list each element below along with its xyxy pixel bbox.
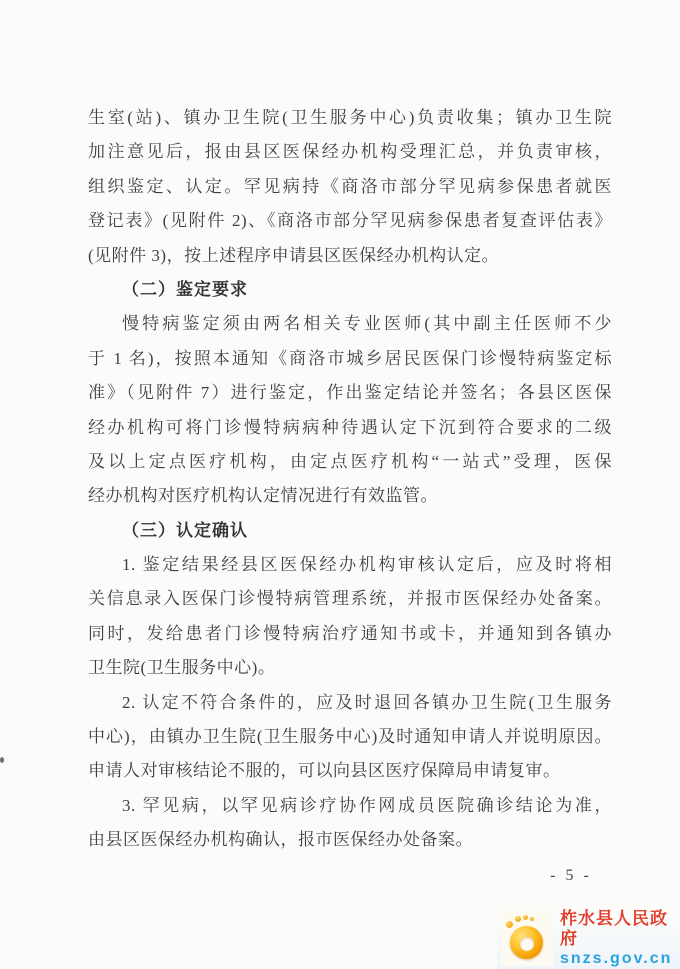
text-line: 中心)，由镇办卫生院(卫生服务中心)及时通知申请人并说明原因。 xyxy=(88,720,612,754)
footprint-toe-dot xyxy=(506,921,513,928)
scan-speck xyxy=(0,757,4,763)
government-site-url: snzs.gov.cn xyxy=(560,949,680,968)
text-line: 慢特病鉴定须由两名相关专业医师(其中副主任医师不少 xyxy=(88,307,612,341)
footprint-toe-dot xyxy=(515,916,521,922)
text-line: 申请人对审核结论不服的，可以向县区医疗保障局申请复审。 xyxy=(88,754,612,788)
text-line: 于 1 名)，按照本通知《商洛市城乡居民医保门诊慢特病鉴定标 xyxy=(88,342,612,376)
text-line: 经办机构对医疗机构认定情况进行有效监管。 xyxy=(88,479,612,513)
watermark-text: 柞水县人民政府 snzs.gov.cn xyxy=(560,909,680,968)
document-page: 生室(站)、镇办卫生院(卫生服务中心)负责收集；镇办卫生院加注意见后，报由县区医… xyxy=(0,0,680,969)
document-body: 生室(站)、镇办卫生院(卫生服务中心)负责收集；镇办卫生院加注意见后，报由县区医… xyxy=(88,101,612,858)
text-line: 卫生院(卫生服务中心)。 xyxy=(88,651,612,685)
section-heading: （三）认定确认 xyxy=(88,514,612,548)
text-line: 经办机构可将门诊慢特病病种待遇认定下沉到符合要求的二级 xyxy=(88,411,612,445)
text-line: 生室(站)、镇办卫生院(卫生服务中心)负责收集；镇办卫生院 xyxy=(88,101,612,135)
footprint-heel-circle xyxy=(510,926,543,959)
text-line: (见附件 3)，按上述程序申请县区医保经办机构认定。 xyxy=(88,239,612,273)
text-line: 准》（见附件 7）进行鉴定，作出鉴定结论并签名；各县区医保 xyxy=(88,376,612,410)
text-line: 及以上定点医疗机构，由定点医疗机构“一站式”受理，医保 xyxy=(88,445,612,479)
text-line: 同时，发给患者门诊慢特病治疗通知书或卡，并通知到各镇办 xyxy=(88,617,612,651)
footprint-logo-icon xyxy=(501,911,553,966)
text-line: 1. 鉴定结果经县区医保经办机构审核认定后，应及时将相 xyxy=(88,548,612,582)
text-line: 关信息录入医保门诊慢特病管理系统，并报市医保经办处备案。 xyxy=(88,582,612,616)
page-number: - 5 - xyxy=(536,864,606,888)
footprint-toe-dot xyxy=(523,915,528,920)
text-line: 由县区医保经办机构确认，报市医保经办处备案。 xyxy=(88,823,612,857)
text-line: 2. 认定不符合条件的，应及时退回各镇办卫生院(卫生服务 xyxy=(88,686,612,720)
section-heading: （二）鉴定要求 xyxy=(88,273,612,307)
footprint-toe-dot xyxy=(530,917,534,921)
text-line: 组织鉴定、认定。罕见病持《商洛市部分罕见病参保患者就医 xyxy=(88,170,612,204)
government-site-name: 柞水县人民政府 xyxy=(560,909,680,949)
text-line: 加注意见后，报由县区医保经办机构受理汇总，并负责审核， xyxy=(88,135,612,169)
site-watermark: 柞水县人民政府 snzs.gov.cn xyxy=(497,908,680,969)
text-line: 3. 罕见病，以罕见病诊疗协作网成员医院确诊结论为准， xyxy=(88,789,612,823)
text-line: 登记表》(见附件 2)、《商洛市部分罕见病参保患者复查评估表》 xyxy=(88,204,612,238)
